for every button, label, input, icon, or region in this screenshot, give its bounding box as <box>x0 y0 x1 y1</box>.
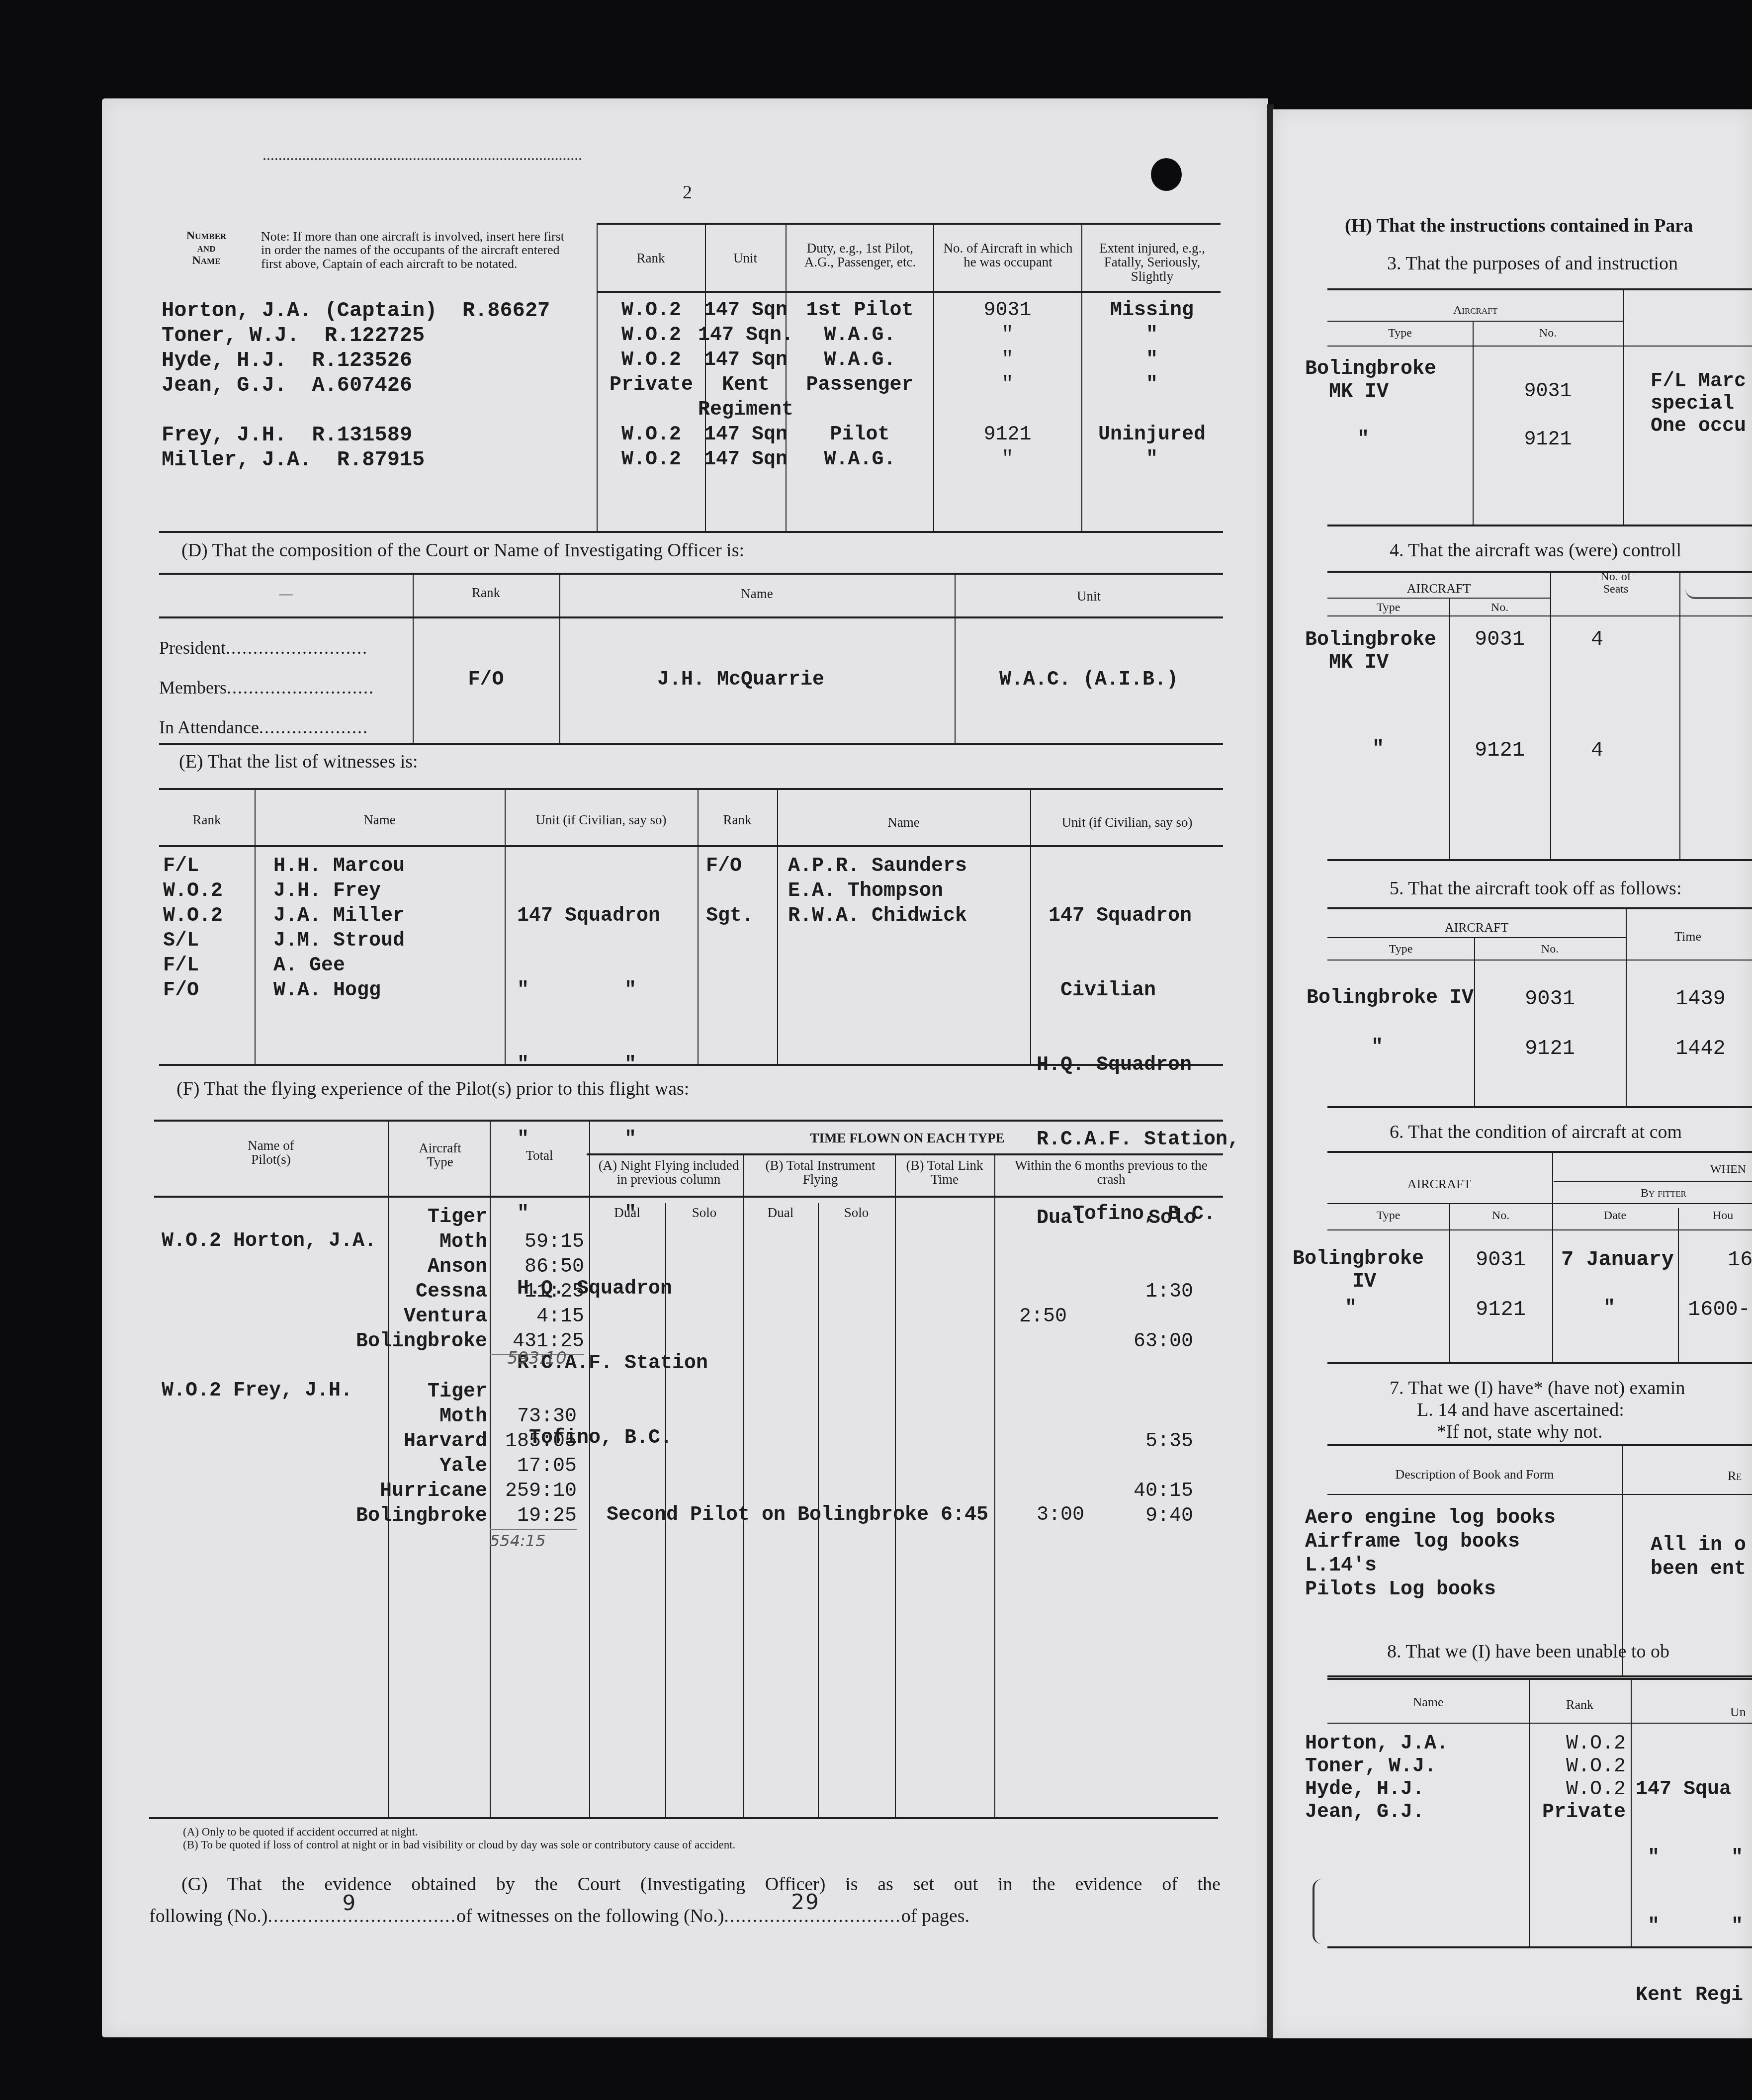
header-unit: Un <box>1730 1705 1746 1719</box>
item3-text-1: F/L Marc special One occu <box>1651 370 1746 437</box>
occupants-unit-col: 147 Sqn 147 Sqn. 147 Sqn Kent Regiment 1… <box>696 298 795 472</box>
section-h-title: (H) That the instructions contained in P… <box>1345 215 1693 237</box>
header-by-fitter: By fitter <box>1641 1187 1686 1200</box>
header-no: No. <box>1449 602 1550 614</box>
rule <box>1327 571 1752 573</box>
header-night-solo: Solo <box>665 1206 743 1220</box>
header-remarks: Re <box>1728 1469 1742 1483</box>
header-seats: No. of Seats <box>1588 571 1643 596</box>
item3-type-2: " <box>1357 429 1369 451</box>
header-link: (B) Total Link Time <box>897 1158 992 1187</box>
header-unit: Unit (if Civilian, say so) <box>1030 815 1224 829</box>
item5-type-2: " <box>1371 1037 1383 1059</box>
header-type: Type <box>1327 1210 1449 1222</box>
item7-books: Aero engine log books Airframe log books… <box>1305 1506 1556 1602</box>
section-e-title: (E) That the list of witnesses is: <box>179 751 418 773</box>
header-rank: Rank <box>159 813 255 827</box>
rule <box>1327 598 1551 599</box>
pages-count: 29 <box>791 1890 819 1914</box>
item-4-title: 4. That the aircraft was (were) controll <box>1390 539 1681 561</box>
witness-rank-col-1: F/L W.O.2 W.O.2 S/L F/L F/O <box>163 854 223 1003</box>
witness-count: 9 <box>343 1891 357 1915</box>
rule <box>1327 1494 1752 1495</box>
header-time: Time <box>1641 930 1735 943</box>
item-7-title: 7. That we (I) have* (have not) examin L… <box>1390 1377 1685 1443</box>
item5-time-1: 1439 <box>1675 987 1726 1011</box>
item6-date-2: " <box>1603 1298 1615 1320</box>
rule <box>1327 525 1752 526</box>
header-no: No. <box>1474 943 1626 956</box>
rule <box>1327 1229 1752 1230</box>
rule <box>1327 960 1752 961</box>
item5-no-1: 9031 <box>1474 987 1626 1011</box>
rule <box>1626 907 1627 1106</box>
footnote-b: (B) To be quoted if loss of control at n… <box>183 1838 735 1851</box>
pilot-1-dual6: 2:50 <box>1019 1205 1099 1329</box>
section-g-text: (G) That the evidence obtained by the Co… <box>181 1873 1221 1895</box>
header-name: Name <box>777 815 1030 829</box>
role-members: Members........................... <box>159 677 374 698</box>
second-pilot-remark: Second Pilot on Bolingbroke 6:45 <box>607 1504 988 1526</box>
pilot-name: W.O.2 Horton, J.A. <box>162 1230 376 1252</box>
header-name: Name <box>255 813 505 827</box>
header-description: Description of Book and Form <box>1327 1468 1622 1481</box>
court-unit: W.A.C. (A.I.B.) <box>955 669 1223 691</box>
rule <box>895 1154 896 1817</box>
pilot-2-types: Tiger Moth Harvard Yale Hurricane Boling… <box>323 1380 487 1529</box>
rule <box>1327 321 1623 322</box>
pilot-1-solo6: 1:30 63:00 <box>1114 1205 1193 1354</box>
header-instr-solo: Solo <box>818 1206 895 1220</box>
rule <box>1327 937 1626 938</box>
header-instrument: (B) Total Instrument Flying <box>751 1158 890 1187</box>
occupant-name: Miller, J.A. R.87915 <box>162 447 550 472</box>
header-rank: Rank <box>413 586 559 600</box>
item5-type-1: Bolingbroke IV <box>1307 987 1474 1009</box>
header-no: No. <box>1449 1210 1552 1222</box>
header-duty: Duty, e.g., 1st Pilot, A.G., Passenger, … <box>795 241 925 269</box>
item4-no-1: 9031 <box>1449 627 1550 651</box>
rule <box>1678 1208 1679 1362</box>
rule <box>597 291 1221 293</box>
rule <box>255 788 256 1064</box>
court-rank: F/O <box>413 669 559 691</box>
pen-bracket-mark <box>1313 1879 1321 1944</box>
header-instr-dual: Dual <box>743 1206 818 1220</box>
rule <box>1327 1151 1752 1153</box>
occupant-name: Frey, J.H. R.131589 <box>162 423 550 447</box>
header-no: No. <box>1473 327 1623 340</box>
header-night-dual: Dual <box>589 1206 665 1220</box>
rule <box>597 223 598 531</box>
rule <box>1449 1203 1450 1362</box>
header-six-months: Within the 6 months previous to the cras… <box>999 1158 1223 1187</box>
rule <box>1327 1362 1752 1364</box>
dotted-rule <box>263 158 582 160</box>
item-5-title: 5. That the aircraft took off as follows… <box>1390 877 1681 899</box>
rule <box>1474 937 1475 1106</box>
rule <box>159 788 1223 790</box>
role-president: President.......................... <box>159 637 368 658</box>
header-aircraft: AIRCRAFT <box>1327 582 1550 595</box>
rule <box>1327 1444 1752 1446</box>
header-date: Date <box>1552 1210 1678 1222</box>
occupant-name: Jean, G.J. A.607426 <box>162 373 550 398</box>
role-in-attendance: In Attendance.................... <box>159 717 368 738</box>
witness-name-col-2: A.P.R. Saunders E.A. Thompson R.W.A. Chi… <box>788 854 967 929</box>
pilot-2-solo6: 5:35 40:15 9:40 <box>1114 1380 1193 1529</box>
header-hours: Hou <box>1713 1210 1733 1222</box>
section-g-line-2: following (No.).........................… <box>149 1905 969 1927</box>
header-unit: Unit (if Civilian, say so) <box>505 813 698 827</box>
pilot-2-dual6: 3:00 <box>1037 1504 1084 1526</box>
item3-no-1: 9031 <box>1473 380 1623 403</box>
rule <box>159 845 1223 847</box>
handwritten-total: 593:10 <box>507 1348 567 1368</box>
item6-no-2: 9121 <box>1449 1298 1552 1321</box>
item4-seats-2: 4 <box>1591 738 1603 762</box>
header-unit: Unit <box>705 251 786 265</box>
header-aircraft: AIRCRAFT <box>1327 1177 1551 1191</box>
rule <box>1327 907 1752 909</box>
item8-units: 147 Squa " " " " Kent Regi <box>1636 1733 1743 2030</box>
handwritten-total: 554:15 <box>490 1531 546 1550</box>
occupants-rank-col: W.O.2 W.O.2 W.O.2 Private W.O.2 W.O.2 <box>599 298 703 472</box>
item4-type-2: " <box>1372 738 1384 761</box>
header-aircraft-no: No. of Aircraft in which he was occupant <box>940 241 1076 269</box>
item5-time-2: 1442 <box>1675 1037 1726 1060</box>
rule <box>1327 859 1752 861</box>
pilot-1-types: Tiger Moth Anson Cessna Ventura Bolingbr… <box>348 1205 487 1354</box>
header-rank: Rank <box>1529 1698 1631 1711</box>
rule <box>1327 288 1752 290</box>
header-name: Name <box>559 587 955 601</box>
item4-type-1: Bolingbroke MK IV <box>1305 629 1436 675</box>
rule <box>743 1154 744 1817</box>
rule <box>1631 1678 1632 1946</box>
witness-name-col-1: H.H. Marcou J.H. Frey J.A. Miller J.M. S… <box>273 854 405 1003</box>
rule <box>149 1817 1218 1819</box>
rule <box>1473 321 1474 525</box>
rule <box>1327 1106 1752 1108</box>
occupants-note: Note: If more than one aircraft is invol… <box>261 230 569 270</box>
rule <box>587 1153 1223 1155</box>
rule <box>1327 1678 1752 1680</box>
header-name: Name <box>1327 1695 1529 1709</box>
item8-ranks: W.O.2 W.O.2 W.O.2 Private <box>1526 1733 1626 1824</box>
rule <box>1327 1723 1752 1724</box>
rule <box>159 531 1223 533</box>
header-unit: Unit <box>955 589 1223 603</box>
item-8-title: 8. That we (I) have been unable to ob <box>1387 1641 1669 1662</box>
occupants-duty-col: 1st Pilot W.A.G. W.A.G. Passenger Pilot … <box>787 298 933 472</box>
rule <box>154 1120 1223 1122</box>
rule <box>1327 615 1752 616</box>
court-name: J.H. McQuarrie <box>559 669 922 691</box>
page-number: 2 <box>683 181 692 203</box>
header-pilot: Name of Pilot(s) <box>234 1138 308 1167</box>
item-3-title: 3. That the purposes of and instruction <box>1387 253 1678 274</box>
rule <box>159 573 1223 575</box>
header-blank: — <box>159 587 413 601</box>
occupants-injury-col: Missing " " " Uninjured " <box>1082 298 1222 472</box>
rule <box>154 1196 1223 1198</box>
rule <box>1327 346 1752 347</box>
header-injury: Extent injured, e.g., Fatally, Seriously… <box>1086 241 1218 283</box>
header-aircraft: AIRCRAFT <box>1327 921 1626 934</box>
punch-hole-left <box>1151 158 1182 191</box>
pen-mark <box>1685 589 1752 599</box>
rule <box>1552 1151 1553 1362</box>
header-when: WHEN <box>1710 1163 1746 1176</box>
pilot-2-totals: 73:30 185:05 17:05 259:10 19:25 <box>490 1380 577 1530</box>
witness-unit-col-2: 147 Squadron Civilian H.Q. Squadron R.C.… <box>1037 854 1239 1252</box>
footnote-a: (A) Only to be quoted if accident occurr… <box>183 1826 418 1838</box>
rule <box>159 616 1223 618</box>
occupants-aircraft-col: 9031 " " " 9121 " <box>934 298 1081 472</box>
item6-type-1: Bolingbroke IV <box>1293 1248 1424 1294</box>
header-type: Type <box>1327 327 1473 340</box>
rule <box>1327 1675 1752 1677</box>
rule <box>1623 288 1624 525</box>
item5-no-2: 9121 <box>1474 1037 1626 1060</box>
rule <box>589 1120 590 1817</box>
rule <box>505 788 506 1064</box>
occupant-name: Hyde, H.J. R.123526 <box>162 348 550 373</box>
section-d-title: (D) That the composition of the Court or… <box>181 539 744 561</box>
header-aircraft: Aircraft <box>1327 304 1623 317</box>
header-rank: Rank <box>597 251 705 265</box>
pilot-1-totals: 59:15 86:50 11:25 4:15 431:25 <box>490 1205 584 1355</box>
header-time-flown: TIME FLOWN ON EACH TYPE <box>592 1131 1223 1145</box>
rule <box>1554 1181 1752 1182</box>
occupant-name: Toner, W.J. R.122725 <box>162 323 550 348</box>
section-f-title: (F) That the flying experience of the Pi… <box>176 1078 689 1100</box>
header-total: Total <box>492 1148 587 1162</box>
item3-type-1: Bolingbroke MK IV <box>1305 358 1436 404</box>
rule <box>1679 571 1680 859</box>
rule <box>994 1154 995 1817</box>
item6-hours-1: 16 <box>1728 1248 1752 1272</box>
item8-names: Horton, J.A. Toner, W.J. Hyde, H.J. Jean… <box>1305 1733 1448 1824</box>
item7-remarks: All in o been ent <box>1651 1534 1746 1581</box>
witness-rank-col-2: F/O Sgt. <box>706 854 754 929</box>
header-night: (A) Night Flying included in previous co… <box>594 1158 743 1187</box>
item6-no-1: 9031 <box>1449 1248 1552 1272</box>
rule <box>597 223 1221 225</box>
rule <box>159 743 1223 745</box>
header-type: Type <box>1327 943 1474 956</box>
rule <box>1327 1203 1752 1204</box>
header-aircraft-type: Aircraft Type <box>408 1141 472 1169</box>
header-type: Type <box>1327 602 1449 614</box>
item6-date-1: 7 January <box>1561 1248 1674 1272</box>
item4-seats-1: 4 <box>1591 627 1603 651</box>
item6-hours-2: 1600- <box>1688 1298 1751 1321</box>
item6-type-2: " <box>1345 1298 1357 1320</box>
item3-no-2: 9121 <box>1473 429 1623 451</box>
item4-no-2: 9121 <box>1449 738 1550 762</box>
occupant-name: Horton, J.A. (Captain) R.86627 <box>162 298 550 323</box>
number-and-name-label: Number and Name <box>174 230 239 267</box>
item-6-title: 6. That the condition of aircraft at com <box>1390 1121 1682 1143</box>
occupants-list: Horton, J.A. (Captain) R.86627 Toner, W.… <box>162 298 550 472</box>
rule <box>1550 571 1551 859</box>
header-rank: Rank <box>698 813 777 827</box>
